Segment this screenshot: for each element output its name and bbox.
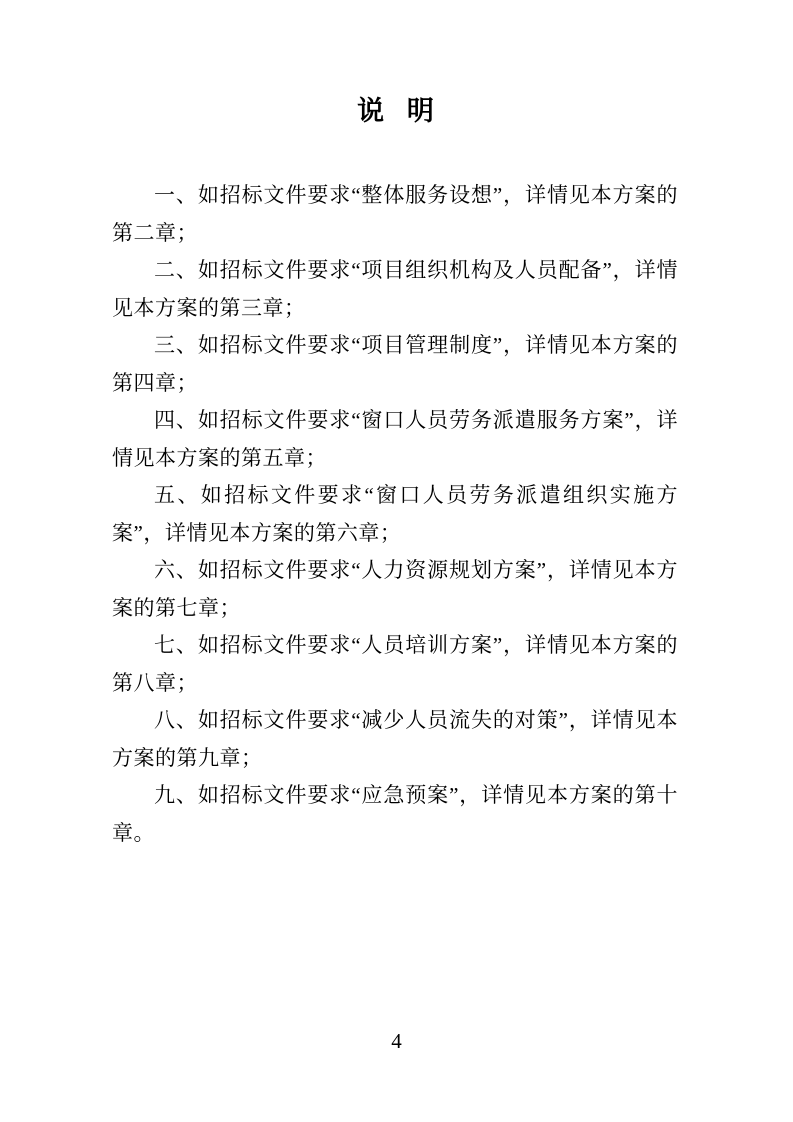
paragraph-5: 五、如招标文件要求“窗口人员劳务派遣组织实施方案”，详情见本方案的第六章； xyxy=(112,477,678,552)
paragraph-3: 三、如招标文件要求“项目管理制度”，详情见本方案的第四章； xyxy=(112,327,678,402)
document-page: 说 明 一、如招标文件要求“整体服务设想”，详情见本方案的第二章； 二、如招标文… xyxy=(0,0,793,1122)
body-text: 一、如招标文件要求“整体服务设想”，详情见本方案的第二章； 二、如招标文件要求“… xyxy=(112,177,678,852)
paragraph-1: 一、如招标文件要求“整体服务设想”，详情见本方案的第二章； xyxy=(112,177,678,252)
page-number: 4 xyxy=(0,1026,793,1056)
paragraph-4: 四、如招标文件要求“窗口人员劳务派遣服务方案”，详情见本方案的第五章； xyxy=(112,402,678,477)
paragraph-7: 七、如招标文件要求“人员培训方案”，详情见本方案的第八章； xyxy=(112,627,678,702)
paragraph-9: 九、如招标文件要求“应急预案”，详情见本方案的第十章。 xyxy=(112,777,678,852)
paragraph-6: 六、如招标文件要求“人力资源规划方案”，详情见本方案的第七章； xyxy=(112,552,678,627)
paragraph-2: 二、如招标文件要求“项目组织机构及人员配备”，详情见本方案的第三章； xyxy=(112,252,678,327)
page-title: 说 明 xyxy=(0,0,793,127)
paragraph-8: 八、如招标文件要求“减少人员流失的对策”，详情见本方案的第九章； xyxy=(112,702,678,777)
